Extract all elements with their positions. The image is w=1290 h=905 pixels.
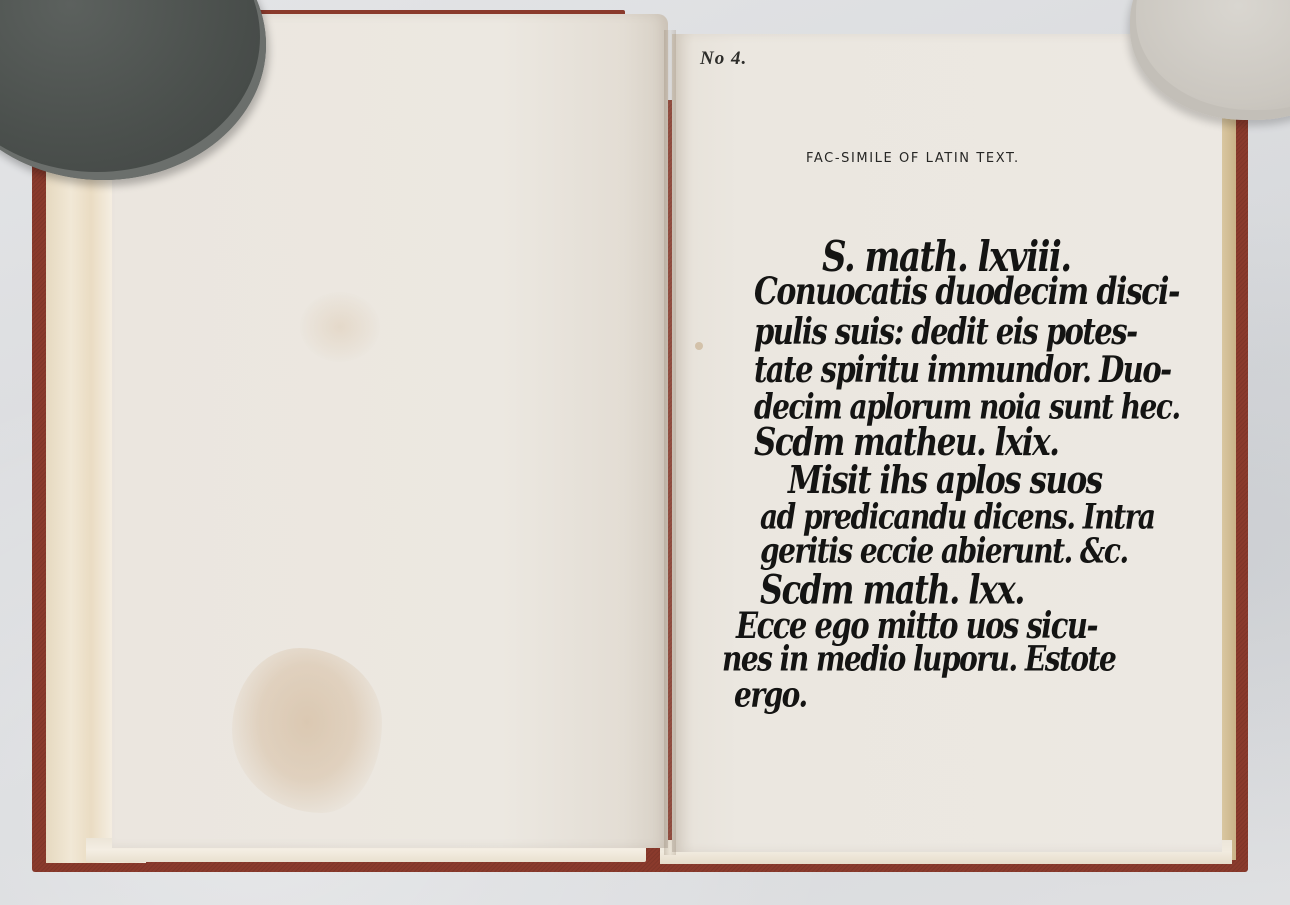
plate-number: No 4. <box>700 48 747 70</box>
facsimile-line: Conuocatis duodecim disci- <box>754 270 1179 314</box>
foxing-spot <box>695 342 703 350</box>
plate-title: FAC-SIMILE OF LATIN TEXT. <box>806 151 1020 166</box>
facsimile-line: ergo. <box>734 674 807 715</box>
book-gutter <box>664 30 676 855</box>
facsimile-line: tate spiritu immundor. Duo- <box>754 348 1171 391</box>
facsimile-line: pulis suis: dedit eis potes- <box>754 310 1137 353</box>
foxing-stain-small <box>300 292 380 362</box>
